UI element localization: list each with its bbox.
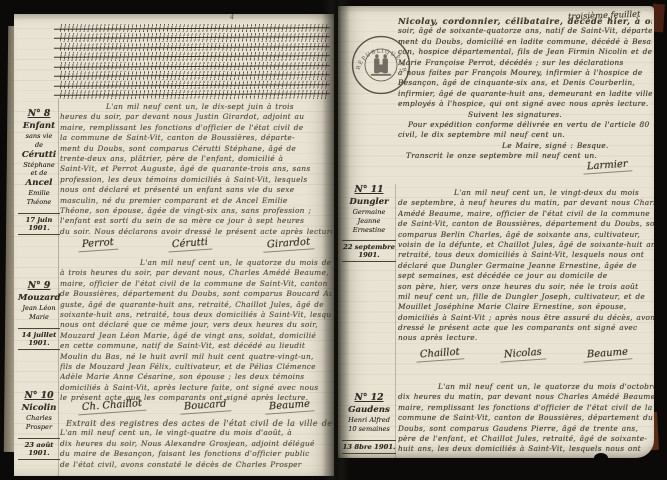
signature: Nicolas (500, 346, 547, 362)
handwritten-line: heures du soir, par devant nous Justin G… (60, 112, 332, 122)
handwritten-line: L'an mil neuf cent un, le vingt-quatre d… (60, 428, 332, 438)
handwritten-line: L'an mil neuf cent un, le quatorze du mo… (398, 382, 654, 392)
struck-line (60, 81, 328, 89)
handwritten-line: en cette commune, natif de Saint-Vit, es… (60, 341, 332, 351)
margin-note-entry-9: N° 9 MouzardJean LéonMarie 14 juillet 19… (18, 280, 60, 350)
registry-left-page: 4 N° 8 Enfantsans viedeCéruttiStéphaneet… (14, 14, 334, 476)
handwritten-line: de Saint-Vit, canton de Boussières, dépa… (398, 219, 654, 229)
signature: Perrot (78, 237, 119, 253)
entry-number: N° 10 (18, 390, 60, 401)
margin-date: 14 juillet 1901. (18, 328, 60, 350)
margin-line: sans vie (18, 132, 60, 141)
handwritten-line: la commune de Saint-Vit, canton de Bouss… (60, 133, 332, 143)
handwritten-line: à trois heures du soir, par devant nous,… (60, 268, 332, 278)
struck-line (60, 43, 328, 51)
signature: Beaume (265, 398, 315, 414)
handwritten-line: soir, âgé de soixante-quatorze ans, nati… (398, 26, 652, 36)
margin-line: et de (18, 169, 60, 178)
margin-note-entry-12: N° 12 GaudensHenri Alfred10 semaines 13 … (342, 392, 396, 454)
handwritten-line: Mouillet Joséphine Marie Claire Ernestin… (398, 302, 654, 312)
handwritten-line: Suivent les signatures. (398, 110, 652, 120)
struck-line (60, 62, 328, 70)
handwritten-line: nous ont déclaré et présenté un enfant s… (60, 185, 332, 195)
margin-line: 10 semaines (342, 425, 396, 434)
handwritten-line: déclaré que Dungler Germaine Jeanne Erne… (398, 261, 654, 271)
handwritten-line: huit ans, les deux domiciliés à Saint-Vi… (398, 444, 654, 454)
handwritten-line: maire, officier de l'état civil de la co… (60, 279, 332, 289)
struck-line (60, 52, 328, 60)
handwritten-line: employés à l'hospice, qui ont signé avec… (398, 99, 652, 109)
entry-9-signatures: Ch. ChaillotBoucardBeaume (60, 400, 332, 413)
handwritten-line: commune de Saint-Vit, canton de Boussièr… (398, 413, 654, 423)
handwritten-line: père de l'enfant, et Chaillot Jules, ret… (398, 434, 654, 444)
margin-date: 13 8bre 1901. (342, 440, 396, 454)
handwritten-line: Marie Françoise Perrot, décédés ; sur le… (398, 58, 652, 68)
handwritten-line: L'an mil neuf cent un, le vingt-deux du … (398, 188, 654, 198)
handwritten-line: comparus Berlin Charles, âgé de soixante… (398, 230, 654, 240)
handwritten-line: domiciliés à Saint-Vit ; après nous être… (398, 313, 654, 323)
margin-date: 23 août 1901. (18, 438, 60, 460)
margin-line: Cérutti (18, 150, 60, 161)
signature: Ch. Chaillot (78, 398, 147, 416)
handwritten-line: masculin, né du premier comparant et de … (60, 196, 332, 206)
handwritten-line: civil, le dix septembre mil neuf cent un… (398, 130, 652, 140)
handwritten-line: Adèle Marie Anne Césarine, son épouse ; … (60, 372, 332, 382)
signature: Beaume (583, 346, 633, 362)
handwritten-line: soixante-huit ans, retraité, tous deux d… (60, 310, 332, 320)
handwritten-line: çon, hospice départemental, fils de Jean… (398, 47, 652, 57)
handwritten-line: nous ont déclaré que ce même jour, vers … (60, 320, 332, 330)
handwritten-line: infirmier, âgé de quarante-huit ans, dem… (398, 89, 652, 99)
handwritten-line: domiciliés à Saint-Vit, après lecture fa… (60, 383, 332, 393)
entry-8-signatures: PerrotCéruttiGirardot (60, 238, 332, 251)
handwritten-line: à nous faites par François Mourey, infir… (398, 68, 652, 78)
margin-note-entry-11: N° 11 DunglerGermaine JeanneErnestine 22… (342, 184, 396, 262)
entry-number: N° 12 (342, 392, 396, 403)
signature: Larmier (583, 158, 633, 174)
margin-line: de (18, 141, 60, 150)
signature: Cérutti (168, 236, 213, 252)
margin-line: Dungler (342, 197, 396, 208)
handwritten-line: de l'état civil, avons constaté le décès… (60, 460, 332, 470)
handwritten-line: maire, remplissant les fonctions d'offic… (60, 123, 332, 133)
entry-10-body: Extrait des registres des actes de l'éta… (60, 418, 332, 470)
margin-line: Jean Léon (18, 304, 60, 313)
handwritten-line: nous après lecture. (398, 333, 654, 343)
margin-date: 22 septembre 1901. (342, 240, 396, 262)
handwritten-line: Nicolay, cordonnier, célibataire, décédé… (398, 16, 652, 26)
margin-note-entry-8: N° 8 Enfantsans viedeCéruttiStéphaneet d… (18, 108, 60, 235)
handwritten-line: de septembre, à neuf heures du matin, pa… (398, 198, 654, 208)
handwritten-line: l'enfant est sorti du sein de sa mère ce… (60, 216, 332, 226)
handwritten-line: Amédé Beaume, maire, officier de l'état … (398, 209, 654, 219)
handwritten-line: Doubs, sont comparus Gaudens Pierre, âgé… (398, 424, 654, 434)
margin-line: Nicolin (18, 403, 60, 414)
registry-right-page: troisième feuillet RÉPUBLIQUE FRANÇAISE … (338, 6, 654, 458)
margin-line: Henri Alfred (342, 416, 396, 425)
handwritten-line: maire, remplissant les fonctions d'offic… (398, 403, 654, 413)
crossed-out-entry (60, 24, 328, 100)
margin-note-entry-10: N° 10 NicolinCharlesProsper 23 août 1901… (18, 390, 60, 460)
handwritten-line: du soir. Nous déclarons avoir dressé le … (60, 227, 332, 237)
handwritten-line: Théone, son épouse, âgée de vingt-six an… (60, 206, 332, 216)
handwritten-line: voisin de la défunte, et Chaillot Jules,… (398, 240, 654, 250)
margin-line: Gaudens (342, 405, 396, 416)
entry-8-body: L'an mil neuf cent un, le dix-sept juin … (60, 102, 332, 237)
handwritten-line: L'an mil neuf cent un, le dix-sept juin … (60, 102, 332, 112)
margin-line: Mouzard (18, 293, 60, 304)
handwritten-line: L'an mil neuf cent un, le quatorze du mo… (60, 258, 332, 268)
margin-date: 17 juin 1901. (18, 213, 60, 235)
handwritten-line: Pour expédition conforme délivrée en ver… (398, 120, 652, 130)
struck-line (60, 90, 328, 98)
signature: Girardot (262, 236, 314, 253)
entry-10-signatures: Larmier (398, 160, 650, 173)
handwritten-line: mil neuf cent un, fille de Dungler Josep… (398, 292, 654, 302)
handwritten-line: guste, âgé de quarante-huit ans, retrait… (60, 300, 332, 310)
handwritten-line: Mouzard Jean Léon Marie, âgé de vingt an… (60, 331, 332, 341)
handwritten-line: Saint-Vit, et Perrot Auguste, âgé de qua… (60, 164, 332, 174)
page-number-mark: 4 (230, 13, 234, 21)
margin-line: Charles (18, 414, 60, 423)
struck-line (60, 71, 328, 79)
handwritten-line: Moulin du Bas, né le huit avril mil huit… (60, 352, 332, 362)
handwritten-line: trente-deux ans, plâtrier, père de l'enf… (60, 154, 332, 164)
margin-line: Ancel (18, 178, 60, 189)
entry-number: N° 8 (18, 108, 60, 119)
entry-9-body: L'an mil neuf cent un, le quatorze du mo… (60, 258, 332, 403)
entry-11-signatures: ChaillotNicolasBeaume (398, 348, 650, 361)
margin-line: Marie (18, 313, 60, 322)
entry-12-body: L'an mil neuf cent un, le quatorze du mo… (398, 382, 654, 455)
margin-line: Emilie Théone (18, 189, 60, 207)
signature: Chaillot (416, 346, 464, 362)
handwritten-line: son père, hier, vers onze heures du soir… (398, 282, 654, 292)
entry-11-body: L'an mil neuf cent un, le vingt-deux du … (398, 188, 654, 344)
margin-line: Ernestine (342, 226, 396, 235)
handwritten-line: dix heures du matin, par devant nous Cha… (398, 392, 654, 402)
handwritten-line: retraité, tous deux domiciliés à Saint-V… (398, 250, 654, 260)
entry-number: N° 9 (18, 280, 60, 291)
handwritten-line: Le Maire, signé : Besque. (398, 141, 652, 151)
margin-line: Prosper (18, 423, 60, 432)
handwritten-line: ment du Doubs, domicilié en ladite commu… (398, 37, 652, 47)
struck-line (60, 24, 328, 32)
handwritten-line: du maire de Besançon, faisant les foncti… (60, 449, 332, 459)
handwritten-line: sept semaines, est décédée ce jour au do… (398, 271, 654, 281)
handwritten-line: dix heures du soir, Nous Alexandre Grosj… (60, 439, 332, 449)
handwritten-line: Extrait des registres des actes de l'éta… (60, 418, 332, 428)
handwritten-line: profession, les deux témoins domiciliés … (60, 175, 332, 185)
signature: Boucard (180, 398, 231, 414)
handwritten-line: fils de Mouzard Jean Félix, cultivateur,… (60, 362, 332, 372)
handwritten-line: de Boussières, département du Doubs, son… (60, 289, 332, 299)
handwritten-line: dressé le présent acte que les comparant… (398, 323, 654, 333)
handwritten-line: Besançon, âgé de cinquante-six ans, et D… (398, 78, 652, 88)
entry-10-continuation-body: Nicolay, cordonnier, célibataire, décédé… (398, 16, 652, 161)
margin-line: Germaine Jeanne (342, 208, 396, 226)
handwritten-line: ment du Doubs, sont comparus Cérutti Sté… (60, 144, 332, 154)
entry-number: N° 11 (342, 184, 396, 195)
struck-line (60, 33, 328, 41)
margin-line: Enfant (18, 121, 60, 132)
